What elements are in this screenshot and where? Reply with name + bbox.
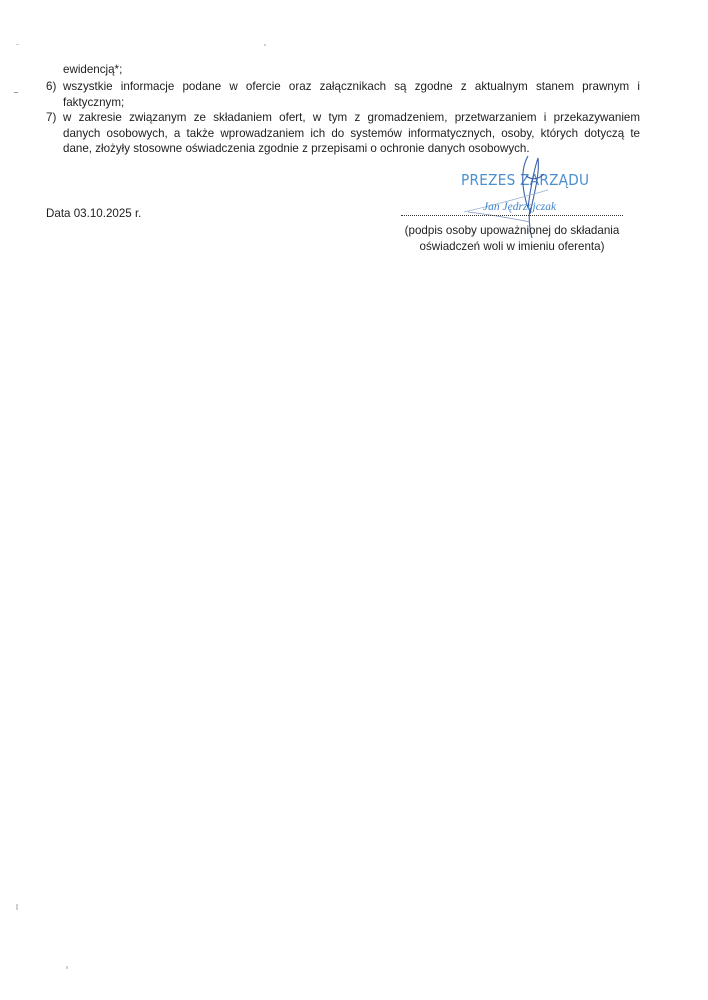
item-7-line-1: w zakresie związanym ze składaniem ofert…	[63, 110, 640, 126]
item-number-6: 6)	[46, 79, 56, 95]
item-6-line-2: faktycznym;	[63, 95, 124, 111]
scan-speck	[66, 966, 68, 969]
signature-caption-line-1: (podpis osoby upoważnionej do składania	[392, 223, 632, 239]
document-page: ewidencją*; 6) wszystkie informacje poda…	[0, 0, 708, 1000]
scan-speck	[16, 904, 18, 910]
scan-speck	[14, 92, 18, 93]
date-label: Data 03.10.2025 r.	[46, 206, 141, 222]
scan-speck	[264, 44, 266, 46]
item-number-7: 7)	[46, 110, 56, 126]
signature-line	[401, 209, 623, 216]
continuation-line: ewidencją*;	[63, 62, 122, 78]
item-7-line-2: danych osobowych, a także wprowadzaniem …	[63, 126, 640, 142]
signature-caption-line-2: oświadczeń woli w imieniu oferenta)	[392, 239, 632, 255]
item-6-line-1: wszystkie informacje podane w ofercie or…	[63, 79, 640, 95]
scan-speck	[16, 44, 19, 45]
